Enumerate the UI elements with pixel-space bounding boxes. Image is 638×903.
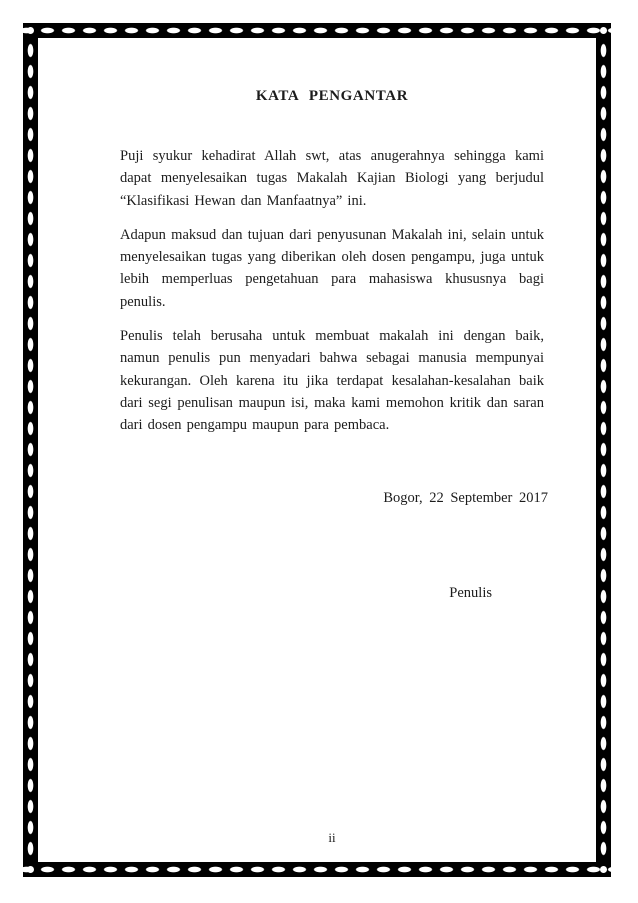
page-title: KATA PENGANTAR	[120, 88, 544, 105]
decorative-border-left	[23, 38, 38, 862]
paragraph-1: Puji syukur kehadirat Allah swt, atas an…	[120, 145, 544, 212]
paragraph-3: Penulis telah berusaha untuk membuat mak…	[120, 325, 544, 436]
dateline: Bogor, 22 September 2017	[120, 490, 548, 507]
page-number: ii	[120, 830, 544, 846]
border-corner-dot-bottom-left	[27, 866, 34, 873]
border-corner-dot-bottom-right	[600, 866, 607, 873]
border-corner-dot-top-left	[27, 27, 34, 34]
border-corner-dot-top-right	[600, 27, 607, 34]
decorative-border-top	[23, 23, 611, 38]
signature-label: Penulis	[120, 585, 492, 602]
document-page: KATA PENGANTAR Puji syukur kehadirat All…	[0, 0, 638, 903]
decorative-border-bottom	[23, 862, 611, 877]
document-body: Puji syukur kehadirat Allah swt, atas an…	[120, 145, 544, 449]
paragraph-2: Adapun maksud dan tujuan dari penyusunan…	[120, 224, 544, 313]
decorative-border-right	[596, 38, 611, 862]
